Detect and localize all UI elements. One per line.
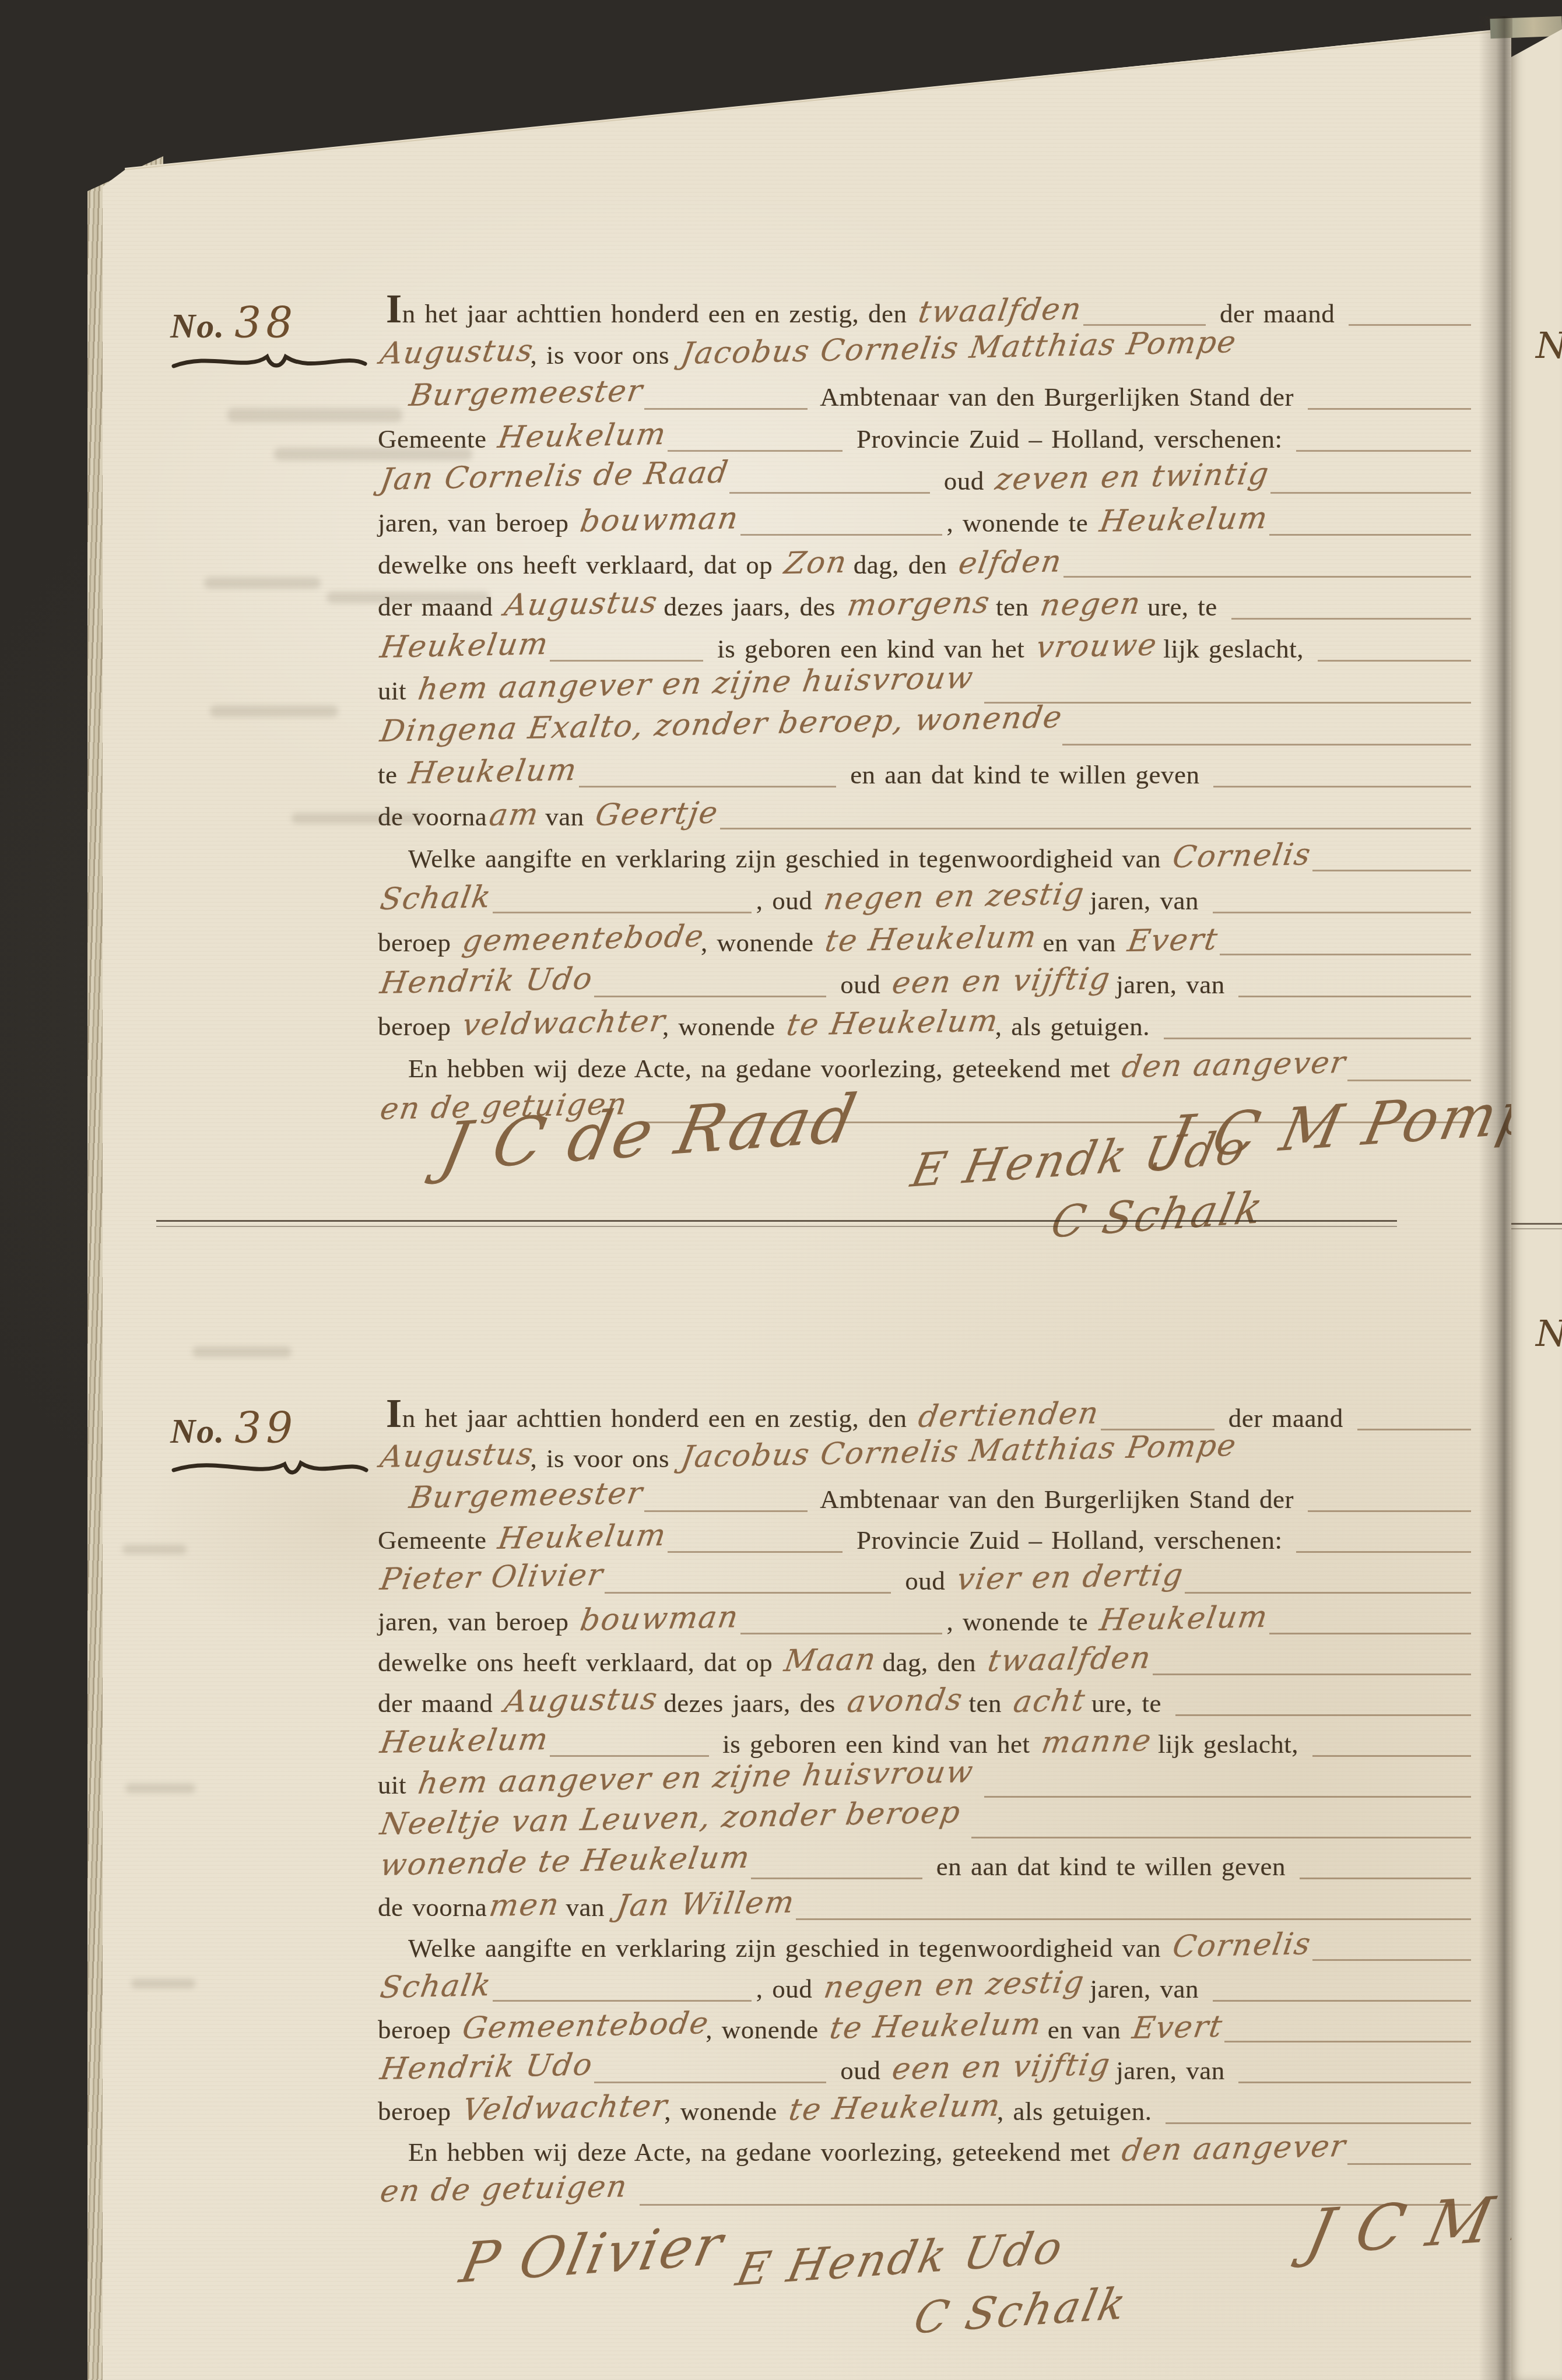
printed-text: dewelke ons heeft verklaard, dat op <box>378 1647 782 1678</box>
ruled-line <box>1166 2122 1471 2124</box>
ruled-line <box>594 2082 827 2083</box>
gutter-fold <box>1479 16 1512 2380</box>
handwritten-text: vier en dertig <box>954 1558 1186 1597</box>
ruled-line <box>1308 1510 1471 1512</box>
printed-text: Gemeente <box>378 1525 496 1555</box>
ruled-line <box>1269 1633 1471 1634</box>
ruled-line <box>1224 2041 1471 2042</box>
ruled-line <box>493 2000 751 2002</box>
printed-text: In het jaar achttien honderd een en zest… <box>386 1399 916 1433</box>
printed-text: beroep <box>378 2096 460 2126</box>
handwritten-text: acht <box>1011 1683 1088 1720</box>
form-line: Schalk, oud negen en zestig jaren, van <box>378 1970 1476 2009</box>
next-page-act-divider <box>1511 1223 1562 1229</box>
form-line: Pieter Olivier oud vier en dertig <box>378 1562 1476 1601</box>
printed-text: Provincie Zuid – Holland, verschenen: <box>847 1525 1291 1555</box>
handwritten-text: men <box>487 1887 562 1924</box>
ruled-line <box>1213 2000 1471 2002</box>
handwritten-text: Gemeentebode <box>460 2006 712 2046</box>
printed-text: der maand <box>378 1688 502 1718</box>
ruled-line <box>605 1592 891 1594</box>
next-page-act-number-partial: N <box>1536 324 1562 367</box>
handwritten-text: avonds <box>845 1682 966 1720</box>
ruled-line <box>1347 2163 1471 2165</box>
form-line: beroep Gemeentebode, wonende te Heukelum… <box>378 2011 1476 2049</box>
printed-text: oud <box>896 1566 954 1596</box>
handwritten-text: een en vijftig <box>890 2047 1113 2087</box>
handwritten-text: Hendrik Udo <box>378 2047 595 2087</box>
form-line: Gemeente Heukelum Provincie Zuid – Holla… <box>378 1521 1476 1560</box>
next-page-edge: N N <box>1511 21 1562 2380</box>
printed-text: En hebben wij deze Acte, na gedane voorl… <box>408 2137 1119 2167</box>
handwritten-text: dertienden <box>916 1396 1102 1435</box>
form-line: wonende te Heukelum en aan dat kind te w… <box>378 1848 1476 1886</box>
handwritten-text: Evert <box>1130 2009 1226 2046</box>
form-line: der maand Augustus dezes jaars, des avon… <box>378 1685 1476 1723</box>
handwritten-text: Burgemeester <box>407 1476 645 1516</box>
printed-text: , oud <box>756 1974 822 2004</box>
form-line: Neeltje van Leuven, zonder beroep <box>378 1807 1476 1845</box>
handwritten-text: Augustus <box>378 1437 536 1475</box>
printed-text: , wonende <box>705 2015 827 2045</box>
printed-text: oud <box>831 2055 890 2086</box>
printed-text: en aan dat kind te willen geven <box>927 1851 1295 1882</box>
handwritten-text: bouwman <box>578 1599 742 1638</box>
ruled-line <box>1175 1714 1471 1716</box>
printed-text: Ambtenaar van den Burgerlijken Stand der <box>812 1484 1303 1514</box>
form-line: en de getuigen <box>378 2174 1476 2213</box>
handwritten-text: en de getuigen <box>378 2169 641 2209</box>
form-line: En hebben wij deze Acte, na gedane voorl… <box>378 2133 1476 2172</box>
ruled-line <box>1312 1959 1471 1961</box>
handwritten-text: negen en zestig <box>822 1965 1087 2005</box>
printed-text: , wonende <box>664 2096 786 2126</box>
printed-text: Welke aangifte en verklaring zijn geschi… <box>408 1933 1170 1963</box>
printed-text: van <box>557 1892 614 1922</box>
handwritten-text: Veldwachter <box>460 2089 671 2128</box>
handwritten-text: Heukelum <box>1097 1599 1271 1638</box>
form-line: In het jaar achttien honderd een en zest… <box>378 1399 1476 1437</box>
form-line: dewelke ons heeft verklaard, dat op Maan… <box>378 1644 1476 1682</box>
printed-text: uit <box>378 1770 416 1800</box>
act-divider <box>156 1220 1397 1227</box>
ruled-line <box>1300 1878 1471 1879</box>
ruled-line <box>1238 2082 1471 2083</box>
handwritten-text: Heukelum <box>496 1518 669 1556</box>
form-line: de voornamen van Jan Willem <box>378 1889 1476 1927</box>
ruled-line <box>550 1755 708 1757</box>
handwritten-text: twaalfden <box>985 1640 1154 1679</box>
handwritten-text: manne <box>1039 1723 1154 1760</box>
printed-text: , wonende te <box>947 1606 1097 1637</box>
next-page-act-number-partial: N <box>1536 1312 1562 1355</box>
ruled-line <box>971 1837 1471 1838</box>
handwritten-text: Pieter Olivier <box>378 1558 606 1597</box>
handwritten-text: te Heukelum <box>787 2088 1003 2128</box>
ruled-line <box>1312 1755 1471 1757</box>
printed-text: dag, den <box>873 1647 985 1678</box>
handwritten-text: Augustus <box>502 1682 661 1720</box>
handwritten-text: Cornelis <box>1170 1927 1314 1964</box>
printed-text: de voorna <box>378 1892 487 1922</box>
form-line: jaren, van beroep bouwman, wonende te He… <box>378 1603 1476 1641</box>
printed-text: beroep <box>378 2015 460 2045</box>
printed-text: dezes jaars, des <box>655 1688 845 1718</box>
ruled-line <box>751 1878 922 1879</box>
form-line: Augustus, is voor ons Jacobus Cornelis M… <box>378 1440 1476 1478</box>
handwritten-text: wonende te Heukelum <box>378 1840 753 1883</box>
ruled-line <box>796 1918 1471 1920</box>
printed-text: jaren, van <box>1107 2055 1234 2086</box>
printed-text: jaren, van beroep <box>378 1606 578 1637</box>
handwritten-text: Heukelum <box>378 1722 552 1760</box>
printed-text: , als getuigen. <box>997 2096 1161 2126</box>
form-line: Hendrik Udo oud een en vijftig jaren, va… <box>378 2052 1476 2090</box>
handwritten-text: den aangever <box>1119 2129 1349 2168</box>
ruled-line <box>1153 1674 1471 1675</box>
handwritten-text: Jan Willem <box>614 1885 798 1924</box>
ruled-line <box>1185 1592 1471 1594</box>
act-39: In het jaar achttien honderd een en zest… <box>0 0 1562 2380</box>
printed-text: ten <box>960 1688 1011 1718</box>
handwritten-text: Schalk <box>378 1968 494 2005</box>
ruled-line <box>644 1510 808 1512</box>
printed-text: , is voor ons <box>531 1443 679 1474</box>
printed-text: en van <box>1038 2015 1130 2045</box>
handwritten-text: Maan <box>782 1642 879 1679</box>
form-line: beroep Veldwachter, wonende te Heukelum,… <box>378 2093 1476 2131</box>
photo-background: No.38 No.39 In het jaar achttien honderd… <box>0 0 1562 2380</box>
ruled-line <box>740 1633 942 1634</box>
printed-text: jaren, van <box>1081 1974 1208 2004</box>
form-line: Welke aangifte en verklaring zijn geschi… <box>378 1929 1476 1968</box>
printed-text: is geboren een kind van het <box>714 1729 1040 1759</box>
ruled-line <box>668 1551 843 1553</box>
handwritten-text: te Heukelum <box>827 2006 1044 2046</box>
ruled-line <box>984 1796 1471 1798</box>
ruled-line <box>1357 1429 1471 1430</box>
form-line: Burgemeester Ambtenaar van den Burgerlij… <box>378 1481 1476 1519</box>
printed-text: ure, te <box>1082 1688 1170 1718</box>
ruled-line <box>1296 1551 1471 1553</box>
printed-text: lijk geslacht, <box>1149 1729 1307 1759</box>
